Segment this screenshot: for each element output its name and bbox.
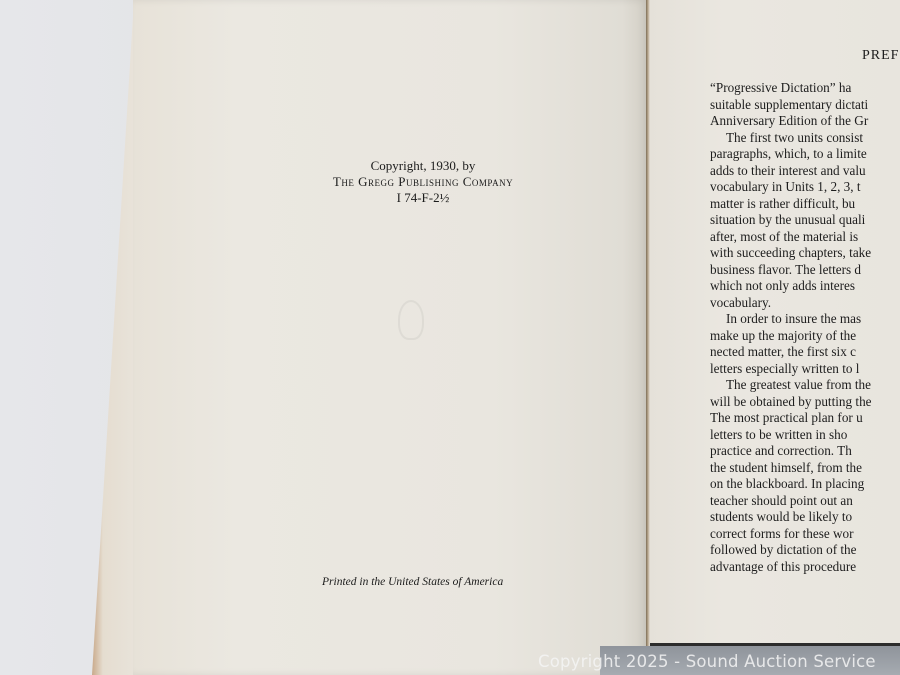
faint-ornament-icon (398, 300, 424, 340)
preface-line: with succeeding chapters, take (710, 245, 900, 262)
preface-line: suitable supplementary dictati (710, 97, 900, 114)
preface-line: paragraphs, which, to a limite (710, 146, 900, 163)
preface-line: situation by the unusual quali (710, 212, 900, 229)
preface-line: students would be likely to (710, 509, 900, 526)
preface-body: “Progressive Dictation” hasuitable suppl… (710, 80, 900, 575)
preface-line: which not only adds interes (710, 278, 900, 295)
preface-line: Anniversary Edition of the Gr (710, 113, 900, 130)
copyright-line: Copyright, 1930, by (318, 158, 528, 174)
preface-line: business flavor. The letters d (710, 262, 900, 279)
printed-in-notice: Printed in the United States of America (322, 576, 503, 588)
preface-line: In order to insure the mas (710, 311, 900, 328)
preface-line: correct forms for these wor (710, 526, 900, 543)
preface-line: vocabulary. (710, 295, 900, 312)
preface-line: The first two units consist (710, 130, 900, 147)
preface-line: practice and correction. Th (710, 443, 900, 460)
preface-line: letters to be written in sho (710, 427, 900, 444)
preface-line: followed by dictation of the (710, 542, 900, 559)
left-page (133, 0, 648, 675)
watermark: Copyright 2025 - Sound Auction Service (538, 652, 876, 671)
preface-line: The most practical plan for u (710, 410, 900, 427)
preface-line: the student himself, from the (710, 460, 900, 477)
preface-line: teacher should point out an (710, 493, 900, 510)
preface-line: vocabulary in Units 1, 2, 3, t (710, 179, 900, 196)
preface-line: nected matter, the first six c (710, 344, 900, 361)
preface-line: make up the majority of the (710, 328, 900, 345)
preface-heading: PREF (862, 48, 899, 64)
copyright-notice: Copyright, 1930, by The Gregg Publishing… (318, 158, 528, 206)
preface-line: “Progressive Dictation” ha (710, 80, 900, 97)
preface-line: after, most of the material is (710, 229, 900, 246)
preface-line: The greatest value from the (710, 377, 900, 394)
preface-line: adds to their interest and valu (710, 163, 900, 180)
preface-line: on the blackboard. In placing (710, 476, 900, 493)
preface-line: advantage of this procedure (710, 559, 900, 576)
preface-line: letters especially written to l (710, 361, 900, 378)
preface-line: will be obtained by putting the (710, 394, 900, 411)
print-code: I 74-F-2½ (318, 190, 528, 206)
publisher-name: The Gregg Publishing Company (318, 174, 528, 190)
preface-line: matter is rather difficult, bu (710, 196, 900, 213)
